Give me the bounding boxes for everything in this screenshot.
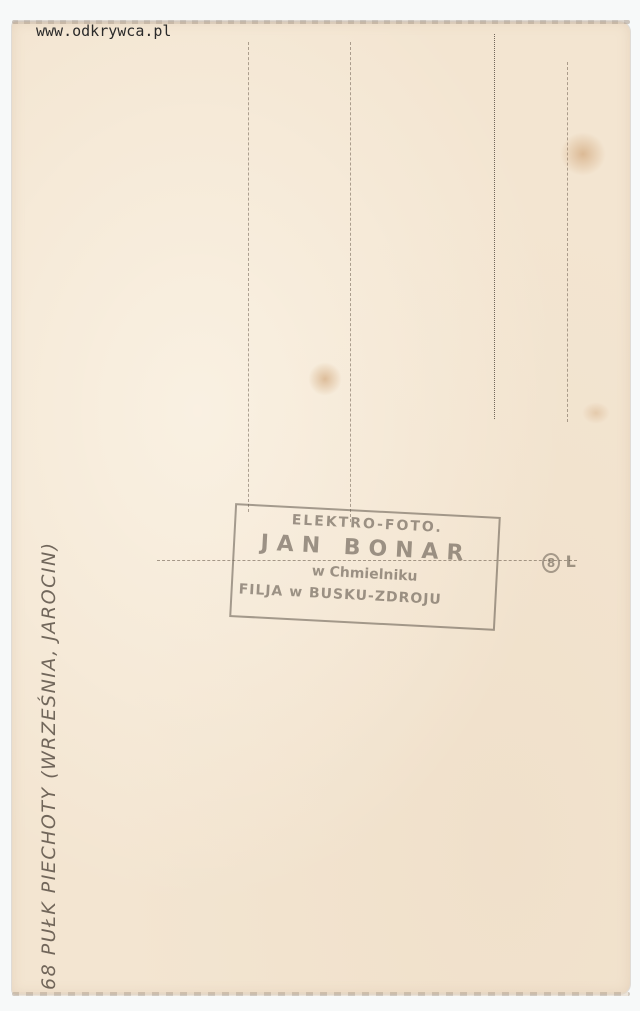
divider-line-1 xyxy=(248,42,249,512)
stain-top-right xyxy=(560,132,606,176)
divider-line-4 xyxy=(567,62,568,422)
circled-mark: 8 L xyxy=(542,552,576,573)
photographer-stamp: ELEKTRO-FOTO. JAN BONAR w Chmielniku FIL… xyxy=(229,503,501,631)
stain-center xyxy=(308,362,342,396)
divider-line-2 xyxy=(350,42,351,522)
watermark-text: www.odkrywca.pl xyxy=(36,22,171,40)
circled-number-icon: 8 xyxy=(542,553,560,573)
stain-right xyxy=(582,402,610,424)
mark-suffix: L xyxy=(566,552,576,571)
handwritten-note: 68 PUŁK PIECHOTY (WRZEŚNIA, JAROCIN) xyxy=(38,541,60,990)
divider-line-3 xyxy=(494,34,495,419)
